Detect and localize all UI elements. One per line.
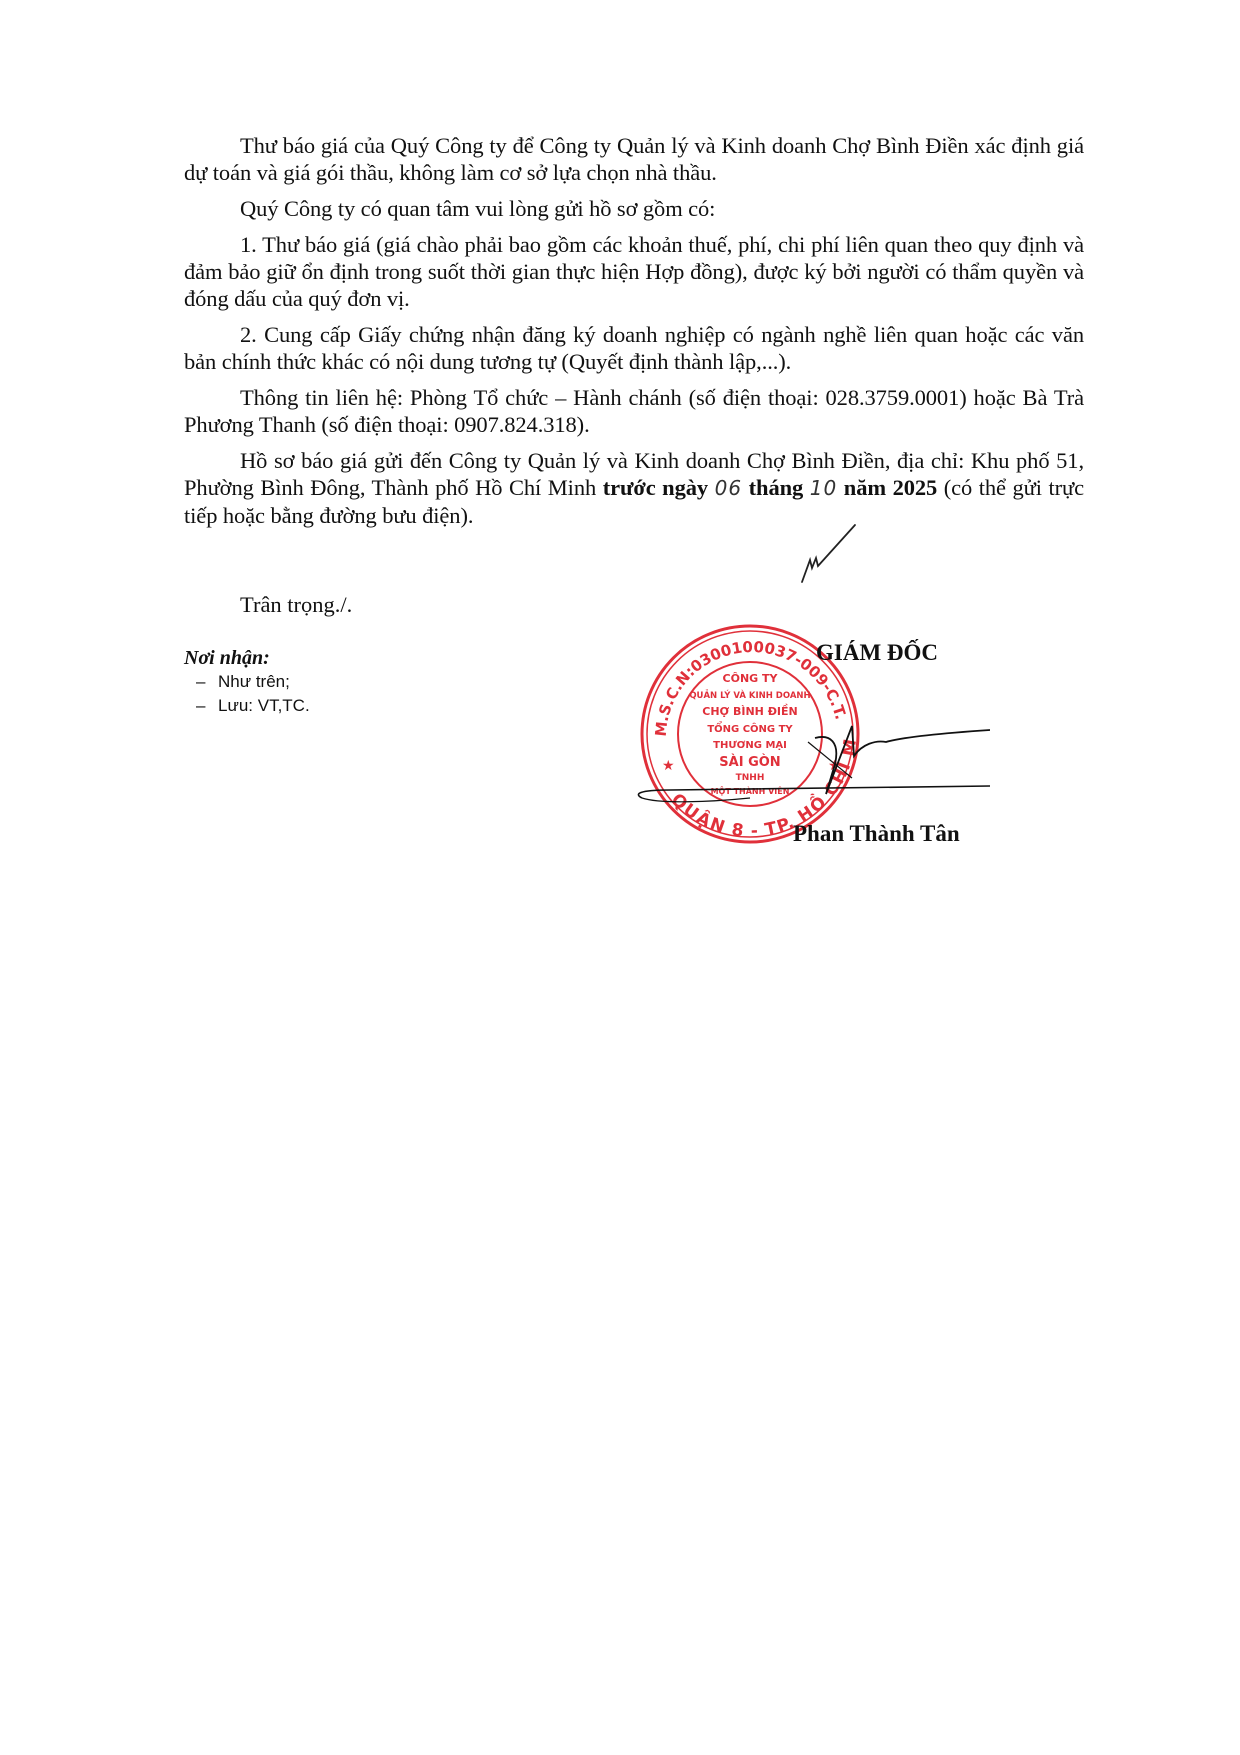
recipient-item: –Lưu: VT,TC. — [184, 694, 310, 718]
deadline-label-day: trước ngày — [603, 475, 708, 500]
recipients-list: –Như trên; –Lưu: VT,TC. — [184, 670, 310, 718]
deadline-month-handwritten: 10 — [810, 476, 837, 500]
paragraph-purpose: Thư báo giá của Quý Công ty để Công ty Q… — [184, 132, 1084, 186]
deadline-year: năm 2025 — [844, 475, 937, 500]
deadline-label-month: tháng — [749, 475, 804, 500]
recipient-item: –Như trên; — [184, 670, 310, 694]
svg-text:CÔNG TY: CÔNG TY — [723, 672, 779, 685]
signer-name: Phan Thành Tân — [793, 821, 960, 847]
paragraph-item-2: 2. Cung cấp Giấy chứng nhận đăng ký doan… — [184, 321, 1084, 375]
paragraph-contact: Thông tin liên hệ: Phòng Tổ chức – Hành … — [184, 384, 1084, 438]
deadline-day-handwritten: 06 — [715, 476, 742, 500]
recipients-block: Nơi nhận: –Như trên; –Lưu: VT,TC. — [184, 646, 310, 718]
initial-mark-icon — [800, 520, 860, 590]
paragraph-request: Quý Công ty có quan tâm vui lòng gửi hồ … — [184, 195, 1084, 222]
signature-icon — [630, 690, 990, 830]
recipients-title: Nơi nhận: — [184, 646, 310, 670]
signer-position: GIÁM ĐỐC — [816, 640, 938, 666]
letter-body: Thư báo giá của Quý Công ty để Công ty Q… — [184, 132, 1084, 538]
document-page: Thư báo giá của Quý Công ty để Công ty Q… — [0, 0, 1240, 1755]
closing-salutation: Trân trọng./. — [240, 592, 352, 618]
paragraph-item-1: 1. Thư báo giá (giá chào phải bao gồm cá… — [184, 231, 1084, 312]
paragraph-submission: Hồ sơ báo giá gửi đến Công ty Quản lý và… — [184, 447, 1084, 529]
